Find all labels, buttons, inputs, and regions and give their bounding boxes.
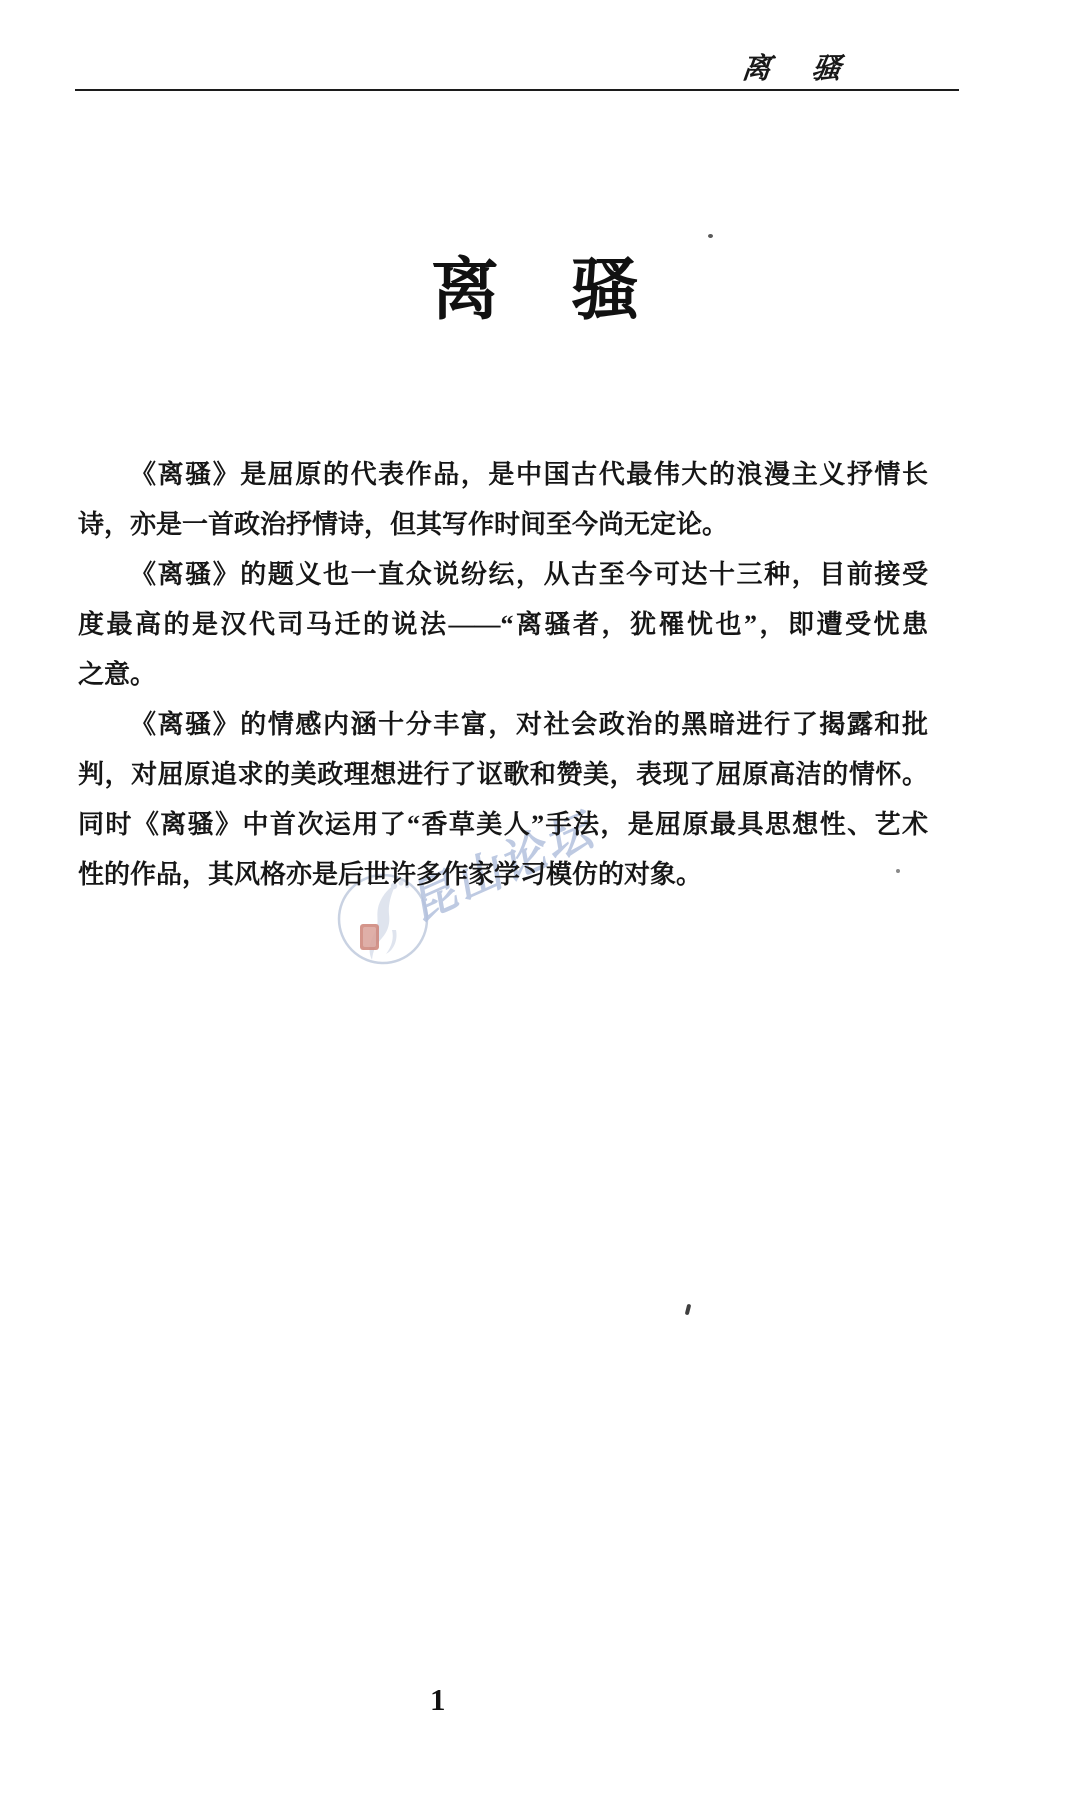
watermark-figure-tail	[386, 930, 397, 954]
body-text: 《离骚》是屈原的代表作品，是中国古代最伟大的浪漫主义抒情长诗，亦是一首政治抒情诗…	[78, 450, 928, 900]
body-line: 诗，亦是一首政治抒情诗，但其写作时间至今尚无定论。	[78, 500, 928, 550]
body-line: 《离骚》的情感内涵十分丰富，对社会政治的黑暗进行了揭露和批	[78, 700, 928, 750]
body-line: 《离骚》是屈原的代表作品，是中国古代最伟大的浪漫主义抒情长	[78, 450, 928, 500]
running-header-title: 离 骚	[740, 46, 849, 87]
body-line: 性的作品，其风格亦是后世许多作家学习模仿的对象。	[78, 850, 928, 900]
page-title: 离 骚	[0, 236, 1072, 333]
watermark-red-seal-inner	[363, 927, 376, 947]
book-page: 离 骚 离 骚 《离骚》是屈原的代表作品，是中国古代最伟大的浪漫主义抒情长诗，亦…	[0, 0, 1072, 1801]
body-line: 同时《离骚》中首次运用了“香草美人”手法，是屈原最具思想性、艺术	[78, 800, 928, 850]
header-rule	[75, 89, 959, 91]
page-number: 1	[430, 1682, 446, 1718]
body-line: 判，对屈原追求的美政理想进行了讴歌和赞美，表现了屈原高洁的情怀。	[78, 750, 928, 800]
scan-speck	[685, 1304, 692, 1316]
body-line: 度最高的是汉代司马迁的说法——“离骚者，犹罹忧也”，即遭受忧患	[78, 600, 928, 650]
body-line: 《离骚》的题义也一直众说纷纭，从古至今可达十三种，目前接受	[78, 550, 928, 600]
body-line: 之意。	[78, 650, 928, 700]
scan-speck	[708, 234, 713, 238]
